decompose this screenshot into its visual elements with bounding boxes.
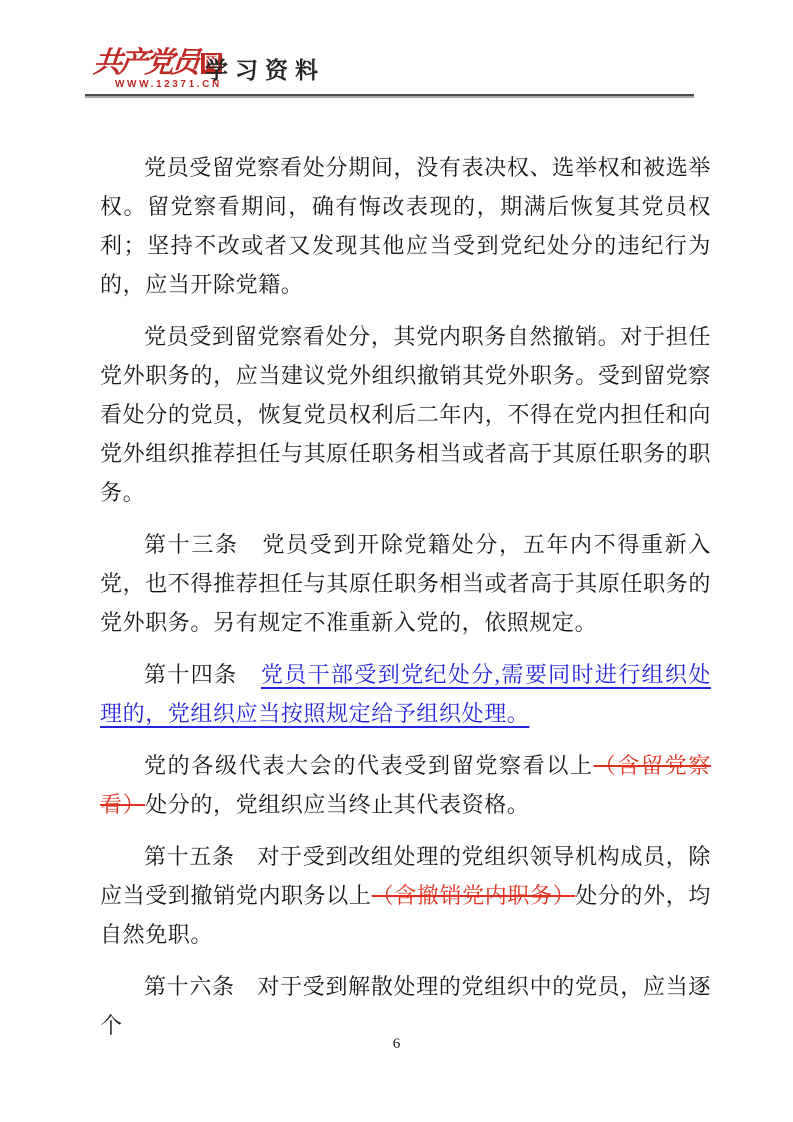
page-number: 6 (393, 1036, 401, 1052)
doc-type-label: 学习资料 (205, 52, 325, 85)
text-segment: 第十三条 党员受到开除党籍处分，五年内不得重新入党，也不得推荐担任与其原任职务相… (100, 532, 711, 635)
site-logo: 共产党员 网 WWW.12371.CN (93, 48, 222, 90)
text-segment: 党员受留党察看处分期间，没有表决权、选举权和被选举权。留党察看期间，确有悔改表现… (100, 155, 711, 297)
page-header: 共产党员 网 WWW.12371.CN 学习资料 (85, 48, 700, 94)
text-segment: 党的各级代表大会的代表受到留党察看以上 (144, 753, 594, 778)
text-segment: 处分的，党组织应当终止其代表资格。 (145, 792, 529, 817)
text-segment: 党员受到留党察看处分，其党内职务自然撤销。对于担任党外职务的，应当建议党外组织撤… (100, 324, 711, 505)
paragraph: 第十三条 党员受到开除党籍处分，五年内不得重新入党，也不得推荐担任与其原任职务相… (100, 525, 711, 642)
document-page: 共产党员 网 WWW.12371.CN 学习资料 党员受留党察看处分期间，没有表… (0, 0, 793, 1122)
paragraph: 党的各级代表大会的代表受到留党察看以上（含留党察看）处分的，党组织应当终止其代表… (100, 746, 711, 824)
site-logo-wordmark: 共产党员 网 (93, 48, 222, 78)
text-segment: 第十四条 (144, 662, 261, 687)
paragraph: 党员受到留党察看处分，其党内职务自然撤销。对于担任党外职务的，应当建议党外组织撤… (100, 317, 711, 512)
paragraph: 第十四条 党员干部受到党纪处分,需要同时进行组织处理的，党组织应当按照规定给予组… (100, 655, 711, 733)
document-body: 党员受留党察看处分期间，没有表决权、选举权和被选举权。留党察看期间，确有悔改表现… (100, 148, 711, 1058)
paragraph: 第十五条 对于受到改组处理的党组织领导机构成员，除应当受到撤销党内职务以上（含撤… (100, 837, 711, 954)
header-divider-line (85, 94, 694, 96)
paragraph: 党员受留党察看处分期间，没有表决权、选举权和被选举权。留党察看期间，确有悔改表现… (100, 148, 711, 304)
paragraph: 第十六条 对于受到解散处理的党组织中的党员，应当逐个 (100, 967, 711, 1045)
page-footer: 6 (0, 1035, 793, 1053)
logo-calligraphy-text: 共产党员 (91, 49, 198, 78)
text-segment: 第十六条 对于受到解散处理的党组织中的党员，应当逐个 (100, 974, 711, 1038)
deleted-text: （含撤销党内职务） (372, 883, 576, 908)
